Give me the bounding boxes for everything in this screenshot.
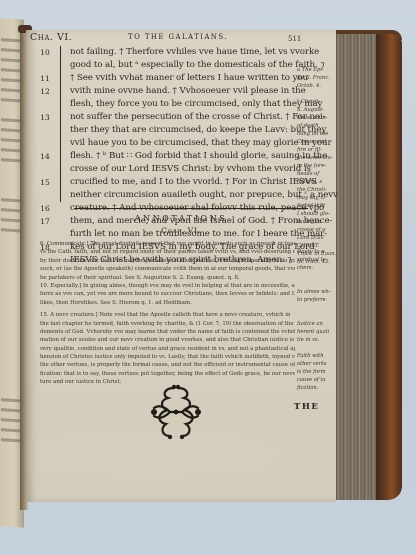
margin-note-line: sauing in bbox=[297, 218, 337, 226]
margin-note-line: the same cro- bbox=[297, 154, 337, 162]
margin-note-line: S. August- bbox=[297, 106, 337, 114]
margin-note-line: is the form bbox=[297, 368, 337, 376]
verse-number: 10 bbox=[36, 46, 54, 59]
annotation-line: very qualitie, condition and state of ve… bbox=[40, 345, 295, 353]
annotation-line: 10. Especially.] In giuing almes, though… bbox=[40, 282, 295, 290]
margin-note-line: a The Epi- bbox=[297, 66, 337, 74]
margin-note-line: fication. bbox=[297, 384, 337, 392]
margin-note-line: ᵇ Christi- bbox=[297, 98, 337, 106]
verse-text: crosse of our Lord IESVS Christ: by vvho… bbox=[70, 163, 311, 176]
verse-line: 15crucified to me, and I to the vvorld. … bbox=[26, 176, 316, 189]
margin-note-line: of death, bbox=[297, 122, 337, 130]
margin-note-line: tie in vs. bbox=[297, 336, 337, 344]
verse-line: neither circumcision auaileth ought, nor… bbox=[26, 189, 316, 202]
margin-note-line: may say, G bbox=[297, 194, 337, 202]
verse-line: 14flesh. † ᵇ But ∷ God forbid that I sho… bbox=[26, 150, 316, 163]
verse-text: flesh. † ᵇ But ∷ God forbid that I shoul… bbox=[70, 150, 327, 163]
margin-note-line: the Christi- bbox=[297, 186, 337, 194]
verse-line: 12vvith mine ovvne hand. † Vvhosoeuer vv… bbox=[26, 85, 316, 98]
folio-number: 511 bbox=[288, 35, 301, 43]
margin-note-line: I should glo- bbox=[297, 210, 337, 218]
annotation-line: by their doctrine: but that vve may be p… bbox=[40, 257, 295, 265]
verse-number: 15 bbox=[36, 176, 54, 189]
margin-note-line: spiritual te bbox=[297, 256, 337, 264]
verse-text: vvil haue you to be circumcised, that th… bbox=[70, 137, 332, 150]
margin-note-line: Crosse and bbox=[297, 138, 337, 146]
annotation-line: hension of Christes iustice only imputed… bbox=[40, 353, 295, 361]
verse-text: ther they that are circumcised, do keepe… bbox=[70, 124, 326, 137]
verse-line: 10not failing. † Therfore vvhiles vve ha… bbox=[26, 46, 316, 59]
annotations-chapter: Chap. VI. bbox=[26, 226, 336, 235]
margin-note-line: in the fore- bbox=[297, 162, 337, 170]
annotation-line: the last chapter he termed, faith vvorki… bbox=[40, 320, 295, 328]
verse-number: 13 bbox=[36, 111, 54, 124]
margin-notes-upper: a The Epi-for S. Franc.Octob. 4.ᵇ Christ… bbox=[297, 66, 337, 266]
margin-note-line: In almes wh- bbox=[297, 288, 337, 296]
running-title: TO THE GALATIANS. bbox=[128, 33, 228, 41]
margin-note-line: fire or fil- bbox=[297, 146, 337, 154]
verse-text: not suffer the persecution of the crosse… bbox=[70, 111, 326, 124]
verse-number: 14 bbox=[36, 150, 54, 163]
annotation-line: fication: that is to say, these vertues … bbox=[40, 370, 295, 378]
verse-line: 13not suffer the persecution of the cros… bbox=[26, 111, 316, 124]
margin-note-line: Faith with bbox=[297, 352, 337, 360]
annotation-line: 6. Communicate.] The great duety & respe… bbox=[40, 240, 295, 248]
margin-note-line: hang on the bbox=[297, 130, 337, 138]
margin-note-line: forbid that bbox=[297, 202, 337, 210]
verse-number: 11 bbox=[36, 72, 54, 85]
margin-note-line bbox=[297, 272, 337, 280]
margin-note-line: crosse of o bbox=[297, 226, 337, 234]
annotation-line: vs the Cath. faith, and not in regard on… bbox=[40, 248, 295, 256]
margin-note-line: these a kin- bbox=[297, 114, 337, 122]
margin-note-line bbox=[297, 90, 337, 98]
annotations-heading: ANNOTATIONS bbox=[26, 214, 336, 223]
margin-note-line: cause of iu bbox=[297, 376, 337, 384]
margin-note-line: Lord IESV bbox=[297, 234, 337, 242]
margin-note-line: to preferre. bbox=[297, 296, 337, 304]
catchword: THE bbox=[294, 402, 319, 412]
annotations-block: 6. Communicate.] The great duety & respe… bbox=[40, 240, 295, 387]
verse-text: not failing. † Therfore vvhiles vve haue… bbox=[70, 46, 319, 59]
section-rule bbox=[74, 208, 308, 209]
margin-note-line bbox=[297, 312, 337, 320]
margin-notes-lower: Duety to ospiritual techers.In almes wh-… bbox=[297, 248, 337, 392]
verse-number: 12 bbox=[36, 85, 54, 98]
margin-note-line: Octob. 4. bbox=[297, 82, 337, 90]
margin-note-line: Duety to o bbox=[297, 248, 337, 256]
annotation-line: mation of our soules and our nevv creati… bbox=[40, 336, 295, 344]
margin-note-line: herent quali bbox=[297, 328, 337, 336]
margin-note-line bbox=[297, 304, 337, 312]
verse-line: flesh, they force you to be circumcised,… bbox=[26, 98, 316, 111]
verse-text: good to al, but ᵃ especially to the dome… bbox=[70, 59, 325, 72]
verse-text: crucified to me, and I to the vvorld. † … bbox=[70, 176, 317, 189]
annotation-line: be partakers of their spiritual. See S. … bbox=[40, 274, 295, 282]
annotation-line: dements of God. Vvhereby vve may learne … bbox=[40, 328, 295, 336]
margin-note-line bbox=[297, 280, 337, 288]
margin-note-line: for S. Franc. bbox=[297, 74, 337, 82]
verse-line: crosse of our Lord IESVS Christ: by vvho… bbox=[26, 163, 316, 176]
book-page: Cha. VI. TO THE GALATIANS. 511 10not fai… bbox=[26, 30, 336, 502]
verse-text: vvith mine ovvne hand. † Vvhosoeuer vvil… bbox=[70, 85, 306, 98]
margin-note-line: heads of bbox=[297, 170, 337, 178]
annotation-line: 15. A nevv creature.] Note vvel that the… bbox=[40, 311, 295, 319]
annotation-line: farre as vve can, yet vve are more bound… bbox=[40, 290, 295, 298]
margin-note-line: faithful, s bbox=[297, 178, 337, 186]
verse-line: vvil haue you to be circumcised, that th… bbox=[26, 137, 316, 150]
margin-note-line: chers. bbox=[297, 264, 337, 272]
annotation-line: such, or (as the Apostle speaketh) commu… bbox=[40, 265, 295, 273]
verse-line: good to al, but ᵃ especially to the dome… bbox=[26, 59, 316, 72]
annotation-line: likes, then Heretikes. See S. Hierom q. … bbox=[40, 299, 295, 307]
leather-cover bbox=[376, 34, 402, 500]
margin-note-line: other vertu bbox=[297, 360, 337, 368]
chapter-heading: Cha. VI. bbox=[30, 32, 72, 43]
margin-note-line: Iustice an bbox=[297, 320, 337, 328]
margin-note-line bbox=[297, 344, 337, 352]
verse-line: 11 † See vvith vvhat maner of letters I … bbox=[26, 72, 316, 85]
running-header: Cha. VI. TO THE GALATIANS. 511 bbox=[30, 32, 330, 46]
page-show-through bbox=[26, 420, 336, 500]
annotation-line: the other vertues, is properly the forma… bbox=[40, 361, 295, 369]
verse-text: † See vvith vvhat maner of letters I hau… bbox=[70, 72, 308, 85]
verse-line: ther they that are circumcised, do keepe… bbox=[26, 124, 316, 137]
verse-text: flesh, they force you to be circumcised,… bbox=[70, 98, 322, 111]
